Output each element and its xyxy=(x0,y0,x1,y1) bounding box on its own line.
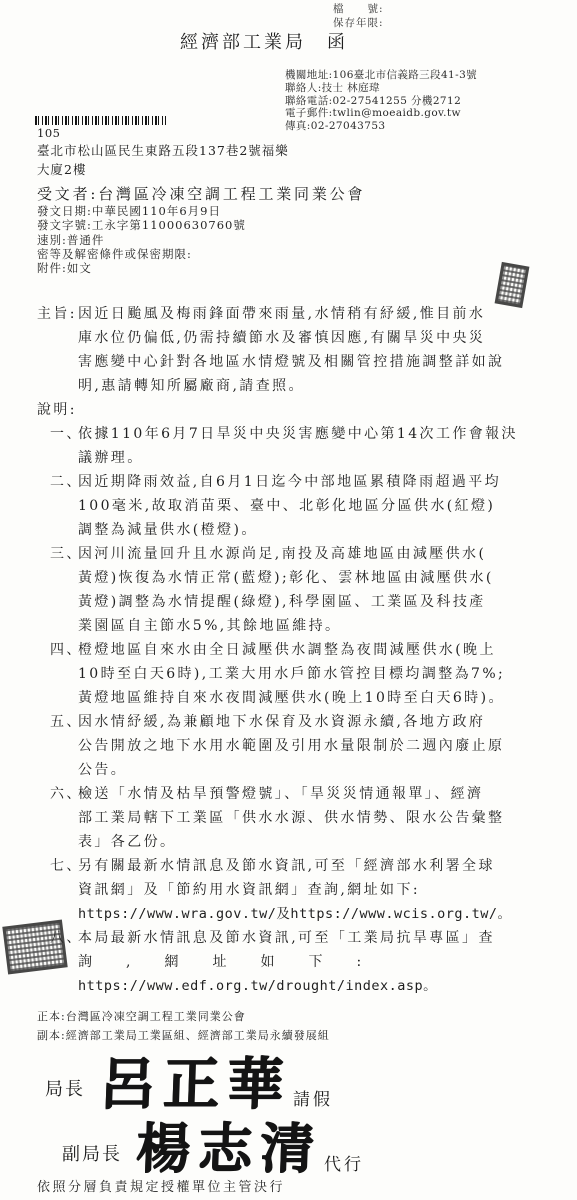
explanation-label: 說明: xyxy=(37,398,542,422)
original-copy-line: 正本:台灣區冷凍空調工程工業同業公會 xyxy=(37,1007,330,1026)
explanation-item-5: 五、 因水情紓緩,為兼顧地下水保育及水資源永續,各地方政府 公告開放之地下水用水… xyxy=(78,710,542,782)
priority: 速別:普通件 xyxy=(37,233,246,247)
item-number: 四、 xyxy=(50,638,83,662)
item-line: 本局最新水情訊息及節水資訊,可至「工業局抗旱專區」查 xyxy=(78,926,542,950)
item-number: 六、 xyxy=(50,782,83,806)
item-line: 100毫米,故取消苗栗、臺中、北彰化地區分區供水(紅燈) xyxy=(78,494,542,518)
explanation-item-3: 三、 因河川流量回升且水源尚足,南投及高雄地區由減壓供水( 黃燈)恢復為水情正常… xyxy=(78,542,542,638)
explanation-item-4: 四、 橙燈地區自來水由全日減壓供水調整為夜間減壓供水(晚上 10時至白天6時),… xyxy=(78,638,542,710)
signature-note: 請假 xyxy=(293,1085,333,1110)
recipient-line: 受文者:台灣區冷凍空調工程工業同業公會 xyxy=(37,183,365,204)
item-line: 因水情紓緩,為兼顧地下水保育及水資源永續,各地方政府 xyxy=(78,710,542,734)
agency-contact-person: 聯絡人:技士 林庭瑋 xyxy=(285,82,477,95)
item-line: 黃燈)調整為水情提醒(綠燈),科學園區、工業區及科技產 xyxy=(78,590,542,614)
explanation-item-1: 一、 依據110年6月7日旱災中央災害應變中心第14次工作會報決 議辦理。 xyxy=(78,422,542,470)
item-number: 三、 xyxy=(50,542,83,566)
item-line: 調整為減量供水(橙燈)。 xyxy=(78,518,542,542)
subject-label: 主旨: xyxy=(37,302,77,326)
subject-line: 庫水位仍偏低,仍需持續節水及審慎因應,有關旱災中央災 xyxy=(78,326,542,350)
item-number: 七、 xyxy=(50,854,83,878)
item-line: 黃燈地區維持自來水夜間減壓供水(晚上10時至白天6時)。 xyxy=(78,686,542,710)
item-line: 橙燈地區自來水由全日減壓供水調整為夜間減壓供水(晚上 xyxy=(78,638,542,662)
agency-phone: 聯絡電話:02-27541255 分機2712 xyxy=(285,95,477,108)
signature-title: 副局長 xyxy=(62,1140,122,1166)
explanation-item-8: 八、 本局最新水情訊息及節水資訊,可至「工業局抗旱專區」查 詢,網址如下: ht… xyxy=(78,926,542,998)
copies-block: 正本:台灣區冷凍空調工程工業同業公會 副本:經濟部工業局工業區組、經濟部工業局永… xyxy=(37,1007,330,1045)
explanation-item-6: 六、 檢送「水情及枯旱預警燈號」、「旱災災情通報單」、經濟 部工業局轄下工業區「… xyxy=(78,782,542,854)
cc-copy-line: 副本:經濟部工業局工業區組、經濟部工業局永續發展組 xyxy=(37,1026,330,1045)
item-line: 表」各乙份。 xyxy=(78,830,542,854)
url-text: https://www.wra.gov.tw/及https://www.wcis… xyxy=(78,902,542,926)
agency-address: 機關地址:106臺北市信義路三段41-3號 xyxy=(285,69,477,82)
explanation-items: 一、 依據110年6月7日旱災中央災害應變中心第14次工作會報決 議辦理。 二、… xyxy=(78,422,542,998)
item-line: 黃燈)恢復為水情正常(藍燈);彰化、雲林地區由減壓供水( xyxy=(78,566,542,590)
subject-line: 因近日颱風及梅雨鋒面帶來雨量,水情稍有紓緩,惟目前水 xyxy=(78,302,542,326)
item-line: 因近期降雨效益,自6月1日迄今中部地區累積降雨超過平均 xyxy=(78,470,542,494)
item-line: 檢送「水情及枯旱預警燈號」、「旱災災情通報單」、經濟 xyxy=(78,782,542,806)
recipient-address: 臺北市松山區民生東路五段137巷2號福樂 大廈2樓 xyxy=(37,141,289,179)
item-line: 依據110年6月7日旱災中央災害應變中心第14次工作會報決 xyxy=(78,422,542,446)
classification: 密等及解密條件或保密期限: xyxy=(37,247,246,261)
item-number: 五、 xyxy=(50,710,83,734)
item-line: 資訊網」及「節約用水資訊網」查詢,網址如下: xyxy=(78,878,542,902)
postal-code: 105 xyxy=(37,126,60,140)
item-line: 議辦理。 xyxy=(78,446,542,470)
document-meta-block: 發文日期:中華民國110年6月9日 發文字號:工永字第11000630760號 … xyxy=(37,204,246,275)
item-line: 部工業局轄下工業區「供水水源、供水情勢、限水公告彙整 xyxy=(78,806,542,830)
file-number-label: 檔 號: xyxy=(333,3,384,17)
subject-paragraph: 主旨: 因近日颱風及梅雨鋒面帶來雨量,水情稍有紓緩,惟目前水 庫水位仍偏低,仍需… xyxy=(37,302,542,398)
subject-line: 明,惠請轉知所屬廠商,請查照。 xyxy=(78,374,542,398)
url-text: https://www.edf.org.tw/drought/index.asp… xyxy=(78,974,542,998)
signature-name: 楊志清 xyxy=(135,1120,323,1177)
explanation-item-2: 二、 因近期降雨效益,自6月1日迄今中部地區累積降雨超過平均 100毫米,故取消… xyxy=(78,470,542,542)
item-line: 另有關最新水情訊息及節水資訊,可至「經濟部水利署全球 xyxy=(78,854,542,878)
file-number-block: 檔 號: 保存年限: xyxy=(333,3,384,30)
delegation-note: 依照分層負責規定授權單位主管決行 xyxy=(37,1176,285,1195)
issue-date: 發文日期:中華民國110年6月9日 xyxy=(37,204,246,218)
seal-stamp-texture xyxy=(498,265,526,304)
seal-stamp-left xyxy=(2,920,67,975)
item-line: 公告。 xyxy=(78,758,542,782)
item-line: 因河川流量回升且水源尚足,南投及高雄地區由減壓供水( xyxy=(78,542,542,566)
signature-deputy-director: 副局長 楊志清 代行 xyxy=(62,1120,364,1177)
agency-contact-block: 機關地址:106臺北市信義路三段41-3號 聯絡人:技士 林庭瑋 聯絡電話:02… xyxy=(285,69,477,133)
item-line: 詢,網址如下: xyxy=(78,950,542,974)
seal-stamp-texture xyxy=(6,923,65,971)
document-title: 經濟部工業局 函 xyxy=(180,28,348,54)
agency-email: 電子郵件:twlin@moeaidb.gov.tw xyxy=(285,107,477,120)
letter-body: 主旨: 因近日颱風及梅雨鋒面帶來雨量,水情稍有紓緩,惟目前水 庫水位仍偏低,仍需… xyxy=(37,302,542,998)
issue-number: 發文字號:工永字第11000630760號 xyxy=(37,218,246,232)
subject-line: 害應變中心針對各地區水情燈號及相關管控措施調整詳如說 xyxy=(78,350,542,374)
signature-director: 局長 呂正華 請假 xyxy=(45,1055,333,1114)
item-number: 二、 xyxy=(50,470,83,494)
barcode xyxy=(35,116,166,125)
signature-title: 局長 xyxy=(45,1075,85,1101)
attachment: 附件:如文 xyxy=(37,261,246,275)
recipient-address-line2: 大廈2樓 xyxy=(37,160,289,179)
recipient-address-line1: 臺北市松山區民生東路五段137巷2號福樂 xyxy=(37,141,289,160)
explanation-item-7: 七、 另有關最新水情訊息及節水資訊,可至「經濟部水利署全球 資訊網」及「節約用水… xyxy=(78,854,542,926)
item-line: 業園區自主節水5%,其餘地區維持。 xyxy=(78,614,542,638)
item-line: 10時至白天6時),工業大用水戶節水管控目標均調整為7%; xyxy=(78,662,542,686)
signature-name: 呂正華 xyxy=(98,1055,292,1114)
item-number: 一、 xyxy=(50,422,83,446)
agency-fax: 傳真:02-27043753 xyxy=(285,120,477,133)
item-line: 公告開放之地下水用水範圍及引用水量限制於二週內廢止原 xyxy=(78,734,542,758)
signature-note: 代行 xyxy=(324,1150,364,1175)
scanned-official-letter: 檔 號: 保存年限: 經濟部工業局 函 機關地址:106臺北市信義路三段41-3… xyxy=(0,0,577,1200)
